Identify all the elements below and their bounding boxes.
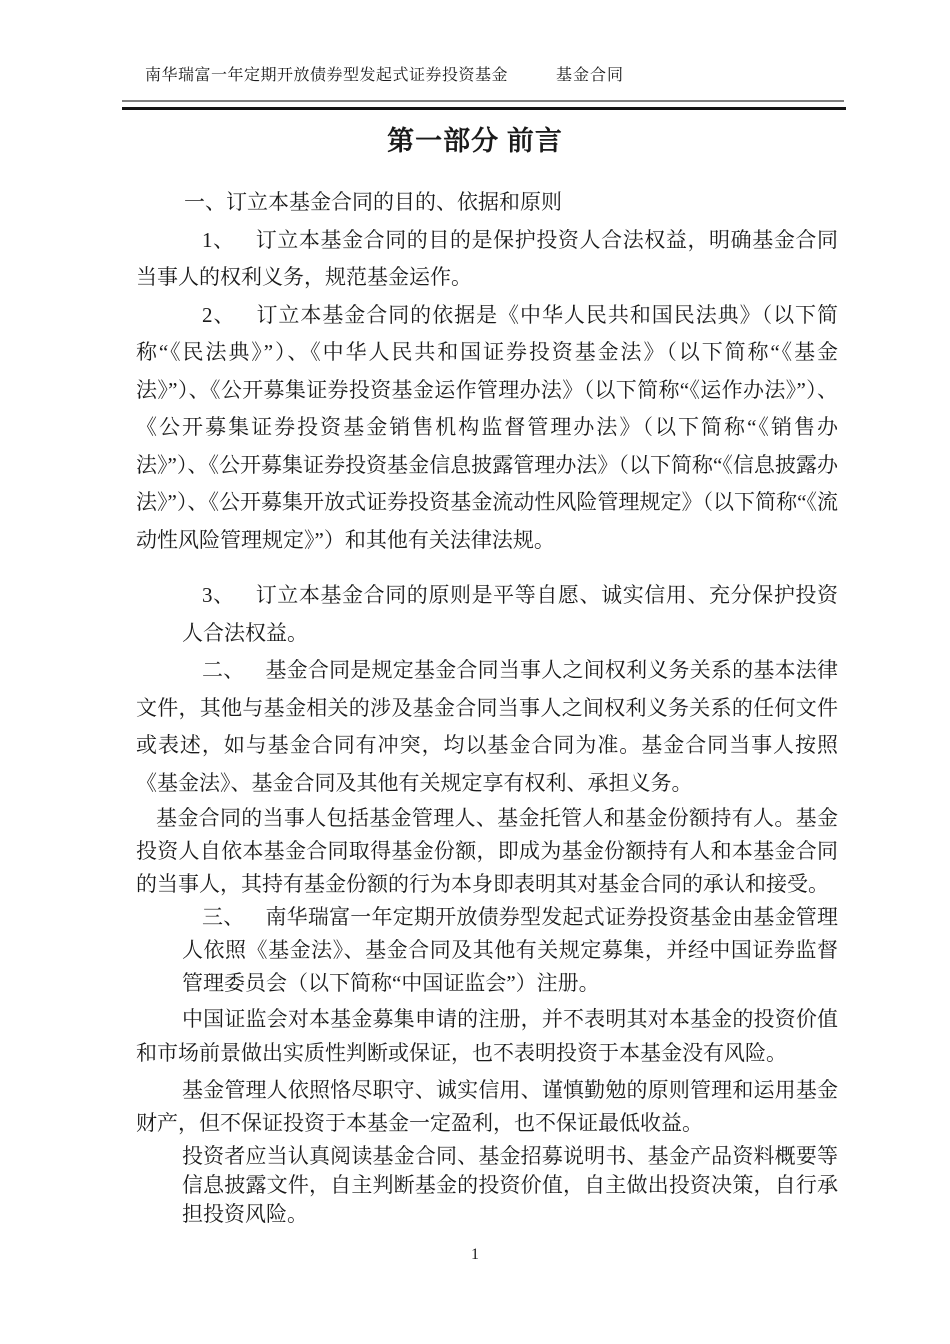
header-fund-name: 南华瑞富一年定期开放债券型发起式证券投资基金 <box>145 62 508 85</box>
header-doc-type: 基金合同 <box>556 62 624 85</box>
paragraph-investor-notice: 投资者应当认真阅读基金合同、基金招募说明书、基金产品资料概要等信息披露文件，自主… <box>182 1142 838 1229</box>
paragraph-item-2: 2、订立本基金合同的依据是《中华人民共和国民法典》（以下简称“《民法典》”）、《… <box>136 297 838 560</box>
paragraph-item-1: 1、订立本基金合同的目的是保护投资人合法权益，明确基金合同当事人的权利义务，规范… <box>136 222 838 297</box>
header-rule-gray <box>122 100 844 102</box>
list-number: 2、 <box>202 303 235 327</box>
chapter-title: 第一部分 前言 <box>0 119 950 158</box>
page-footer: 1 <box>0 1246 950 1264</box>
paragraph-manager: 基金管理人依照恪尽职守、诚实信用、谨慎勤勉的原则管理和运用基金财产，但不保证投资… <box>136 1074 838 1140</box>
list-number: 3、 <box>202 583 235 607</box>
document-body: 一、订立本基金合同的目的、依据和原则 1、订立本基金合同的目的是保护投资人合法权… <box>136 184 838 1229</box>
paragraph-item-san: 三、南华瑞富一年定期开放债券型发起式证券投资基金由基金管理人依照《基金法》、基金… <box>136 901 838 1000</box>
document-page: 南华瑞富一年定期开放债券型发起式证券投资基金 基金合同 第一部分 前言 一、订立… <box>0 0 950 1344</box>
paragraph-parties: 基金合同的当事人包括基金管理人、基金托管人和基金份额持有人。基金投资人自依本基金… <box>136 802 838 901</box>
header-rule-black <box>122 107 846 110</box>
paragraph-item-erh: 二、基金合同是规定基金合同当事人之间权利义务关系的基本法律文件，其他与基金相关的… <box>136 652 838 802</box>
list-number: 二、 <box>202 658 244 682</box>
list-number: 三、 <box>202 905 244 929</box>
paragraph-item-3: 3、订立本基金合同的原则是平等自愿、诚实信用、充分保护投资人合法权益。 <box>136 577 838 652</box>
page-number: 1 <box>471 1246 479 1263</box>
list-number: 1、 <box>202 228 235 252</box>
section-heading: 一、订立本基金合同的目的、依据和原则 <box>136 184 838 222</box>
paragraph-csrc: 中国证监会对本基金募集申请的注册，并不表明其对本基金的投资价值和市场前景做出实质… <box>136 1002 838 1070</box>
